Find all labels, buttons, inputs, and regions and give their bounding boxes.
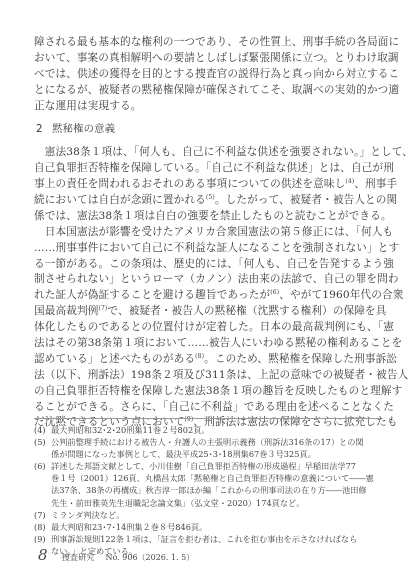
text-line: 事上の責任を問われるおそれのある事項についての供述を意味し(4)、刑事手	[34, 177, 379, 193]
line-text: 体化したものであるとの位置付けが定着した。日本の最高裁判例にも、「憲	[34, 321, 394, 333]
footnote-text: 巻１号（2001）126頁、丸橋昌太郎「黙秘権と自己負罪拒否特権の意義について―…	[51, 472, 379, 484]
page-footer: 8 捜査研究 No. 906（2026. 1. 5）	[38, 545, 194, 564]
line-text: 。したがって、被疑者・被告人との関	[215, 194, 397, 206]
footnote-text: 最大判昭和32･2･20刑集11巻２号802頁。	[51, 424, 379, 436]
text-line: 認めている」と述べたものがある(8)。このため、黙秘権を保障した刑事訴訟	[34, 352, 379, 368]
text-line: ……刑事事件において自己に不利益な証人になることを強制されない」とす	[34, 241, 379, 257]
text-line: 自己負罪拒否特権を保障している。「自己に不利益な供述」とは、自己が刑	[34, 161, 379, 177]
journal-title: 捜査研究	[62, 552, 95, 562]
text-line: れた証人が偽証することを避ける趣旨であったが(6)、やがて1960年代の合衆	[34, 288, 379, 304]
footnote-reference[interactable]: (4)	[345, 178, 354, 185]
body-text: 障される最も基本的な権利の一つであり、その性質上、刑事手続の各局面に おいて、事…	[34, 35, 379, 431]
footnote-number: (5)	[34, 436, 46, 448]
line-text: 日本国憲法が影響を受けたアメリカ合衆国憲法の第５修正には、「何人も	[34, 226, 393, 238]
line-text: る一節がある。この条項は、歴史的には、「何人も、自己を告発するよう強	[34, 258, 394, 270]
text-line: ることができる。さらに、「自己に不利益」である理由を述べることなくた	[34, 400, 379, 416]
text-line: 国最高裁判例(7)で、被疑者・被告人の黙秘権（沈黙する権利）の保障を具	[34, 304, 379, 320]
line-text: 、刑事手	[354, 178, 397, 190]
section-heading: 2黙秘権の意義	[34, 122, 379, 138]
line-text: 国最高裁判例	[34, 305, 98, 317]
footnote-number: (8)	[34, 521, 46, 533]
page-number: 8	[38, 546, 48, 564]
footnote: (4)最大判昭和32･2･20刑集11巻２号802頁。	[34, 424, 379, 436]
line-text: 。このため、黙秘権を保障した刑事訴訟	[204, 353, 397, 365]
footnote: (7)ミランダ判決など。	[34, 509, 379, 521]
line-text: で、被疑者・被告人の黙秘権（沈黙する権利）の保障を具	[107, 305, 386, 317]
line-text: 続においては自白が念頭に置かれる	[34, 194, 206, 206]
footnote: (8)最大判昭和23･7･14刑集２巻８号846頁。	[34, 521, 379, 533]
text-line: 体化したものであるとの位置付けが定着した。日本の最高裁判例にも、「憲	[34, 320, 379, 336]
text-line: 制させられない」というローマ（カノン）法由来の法諺で、自己の罪を問わ	[34, 272, 379, 288]
line-text: ることができる。さらに、「自己に不利益」である理由を述べることなくた	[34, 401, 394, 413]
footnote-reference[interactable]: (6)	[270, 289, 279, 296]
line-text: 係では、憲法38条１項は自白の強要を禁止したものと読むことができる。	[34, 210, 392, 222]
section-title: 黙秘権の意義	[52, 123, 115, 135]
text-line: とになるが、被疑者の黙秘権保障が確保されてこそ、取調べの実効的かつ適	[34, 83, 379, 99]
line-text: 法はその第38条第１項において……被告人にいわゆる黙秘の権利あることを	[34, 337, 402, 349]
footnote-text: 先生・前田雅英先生退職記念論文集」（弘文堂・2020）174頁など。	[51, 497, 379, 509]
footnote-text: 最大判昭和23･7･14刑集２巻８号846頁。	[51, 521, 379, 533]
footnote: (5)公判前整理手続における被告人・弁護人の主張明示義務（刑訴法316条の17）…	[34, 436, 379, 460]
text-line: 日本国憲法が影響を受けたアメリカ合衆国憲法の第５修正には、「何人も	[34, 225, 379, 241]
line-text: 、やがて1960年代の合衆	[279, 289, 403, 301]
line-text: 認めている」と述べたものがある	[34, 353, 195, 365]
line-text: 事上の責任を問われるおそれのある事項についての供述を意味し	[34, 178, 345, 190]
line-text: 制させられない」というローマ（カノン）法由来の法諺で、自己の罪を問わ	[34, 273, 399, 285]
line-text: 憲法38条１項は、「何人も、自己に不利益な供述を強要されない。」として、	[34, 146, 410, 158]
footnote-number: (7)	[34, 509, 46, 521]
text-line: 法はその第38条第１項において……被告人にいわゆる黙秘の権利あることを	[34, 336, 379, 352]
footnote-text: 法37条、38条の再構成」秋吉淳一郎ほか編「これからの刑事司法の在り方――池田修	[51, 484, 379, 496]
text-line: 正な運用は実現する。	[34, 99, 379, 115]
line-text: ……刑事事件において自己に不利益な証人になることを強制されない」とす	[34, 242, 399, 254]
footnote-text: ミランダ判決など。	[51, 509, 379, 521]
paragraph-2: 日本国憲法が影響を受けたアメリカ合衆国憲法の第５修正には、「何人も……刑事事件に…	[34, 225, 379, 432]
footnote-text: 詳述した邦語文献として、小川佳樹「自己負罪拒否特権の形成過程」早稲田法学77	[51, 460, 379, 472]
footnote-number: (9)	[34, 533, 46, 545]
text-line: の自己負罪拒否特権を保障した憲法38条１項の趣旨を反映したものと理解す	[34, 384, 379, 400]
issue-info: No. 906（2026. 1. 5）	[106, 553, 195, 562]
text-line: 法（以下、刑訴法）198条２項及び311条は、上記の意味での被疑者・被告人	[34, 368, 379, 384]
footnote-number: (6)	[34, 460, 46, 472]
line-text: 法（以下、刑訴法）198条２項及び311条は、上記の意味での被疑者・被告人	[34, 369, 408, 381]
section-number: 2	[36, 122, 52, 138]
text-line: 続においては自白が念頭に置かれる(5)。したがって、被疑者・被告人との関	[34, 193, 379, 209]
footnote-number: (4)	[34, 424, 46, 436]
text-line: 憲法38条１項は、「何人も、自己に不利益な供述を強要されない。」として、	[34, 145, 379, 161]
footnote-divider	[34, 418, 379, 419]
paragraph-1: 憲法38条１項は、「何人も、自己に不利益な供述を強要されない。」として、自己負罪…	[34, 145, 379, 224]
line-text: の自己負罪拒否特権を保障した憲法38条１項の趣旨を反映したものと理解す	[34, 385, 402, 397]
text-line: 係では、憲法38条１項は自白の強要を禁止したものと読むことができる。	[34, 209, 379, 225]
footnotes: (4)最大判昭和32･2･20刑集11巻２号802頁。(5)公判前整理手続におけ…	[34, 424, 379, 557]
footnote-text: 係が問題になった事例として、最決平成25･3･18刑集67巻３号325頁。	[51, 448, 379, 460]
text-line: おいて、事案の真相解明への要請としばしば緊張関係に立つ。とりわけ取調	[34, 51, 379, 67]
text-line: べでは、供述の獲得を目的とする捜査官の説得行為と真っ向から対立するこ	[34, 67, 379, 83]
footnote-text: 刑事訴訟規則122条１項は、「証言を拒む者は、これを拒む事由を示さなければなら	[51, 533, 379, 545]
footnote-reference[interactable]: (5)	[206, 194, 215, 201]
text-line: る一節がある。この条項は、歴史的には、「何人も、自己を告発するよう強	[34, 257, 379, 273]
footnote-text: 公判前整理手続における被告人・弁護人の主張明示義務（刑訴法316条の17）との関	[51, 436, 379, 448]
line-text: れた証人が偽証することを避ける趣旨であったが	[34, 289, 270, 301]
text-line: 障される最も基本的な権利の一つであり、その性質上、刑事手続の各局面に	[34, 35, 379, 51]
footnote: (6)詳述した邦語文献として、小川佳樹「自己負罪拒否特権の形成過程」早稲田法学7…	[34, 460, 379, 508]
footnote-reference[interactable]: (8)	[195, 353, 204, 360]
line-text: 自己負罪拒否特権を保障している。「自己に不利益な供述」とは、自己が刑	[34, 162, 394, 174]
